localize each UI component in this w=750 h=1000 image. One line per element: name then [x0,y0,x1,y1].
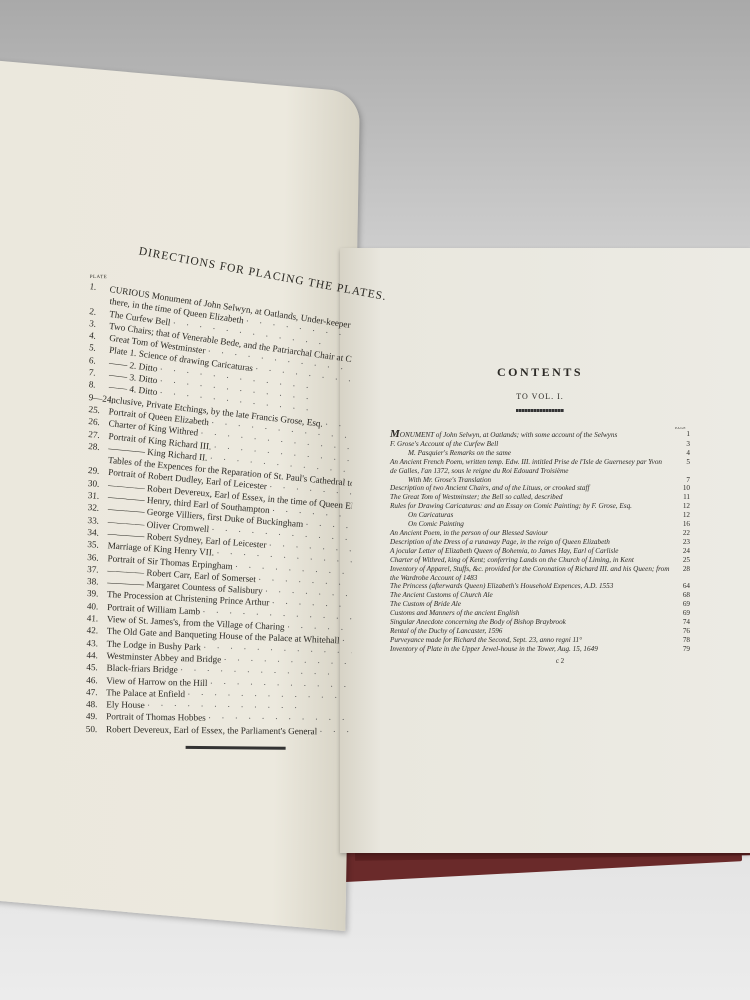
plate-number: 45. [86,661,104,674]
plate-number [88,461,106,463]
plate-number: 44. [86,649,104,662]
entry-page: 25 [674,556,690,565]
entry-page: 64 [674,582,690,591]
entry-title: An Ancient Poem, in the person of our Bl… [390,529,674,538]
contents-entry: On Comic Painting16 [390,520,690,529]
entry-page: 69 [674,609,690,618]
plate-number: 46. [86,673,104,686]
contents-title: CONTENTS [390,365,690,380]
entry-title: Description of two Ancient Chairs, and o… [390,484,674,493]
contents-entry: Singular Anecdote concerning the Body of… [390,618,690,627]
plate-text: The Palace at Enfield [104,687,187,699]
entry-title: On Caricaturas [390,511,674,520]
contents-entry: Description of two Ancient Chairs, and o… [390,484,690,493]
entry-title: An Ancient French Poem, written temp. Ed… [390,458,674,476]
entry-title: On Comic Painting [390,520,674,529]
plate-number: 40. [87,600,106,613]
plate-number: 49. [86,710,104,723]
contents-entry: The Custom of Bride Ale69 [390,600,690,609]
entry-page: 3 [674,440,690,449]
entry-page: 24 [674,547,690,556]
entry-title: F. Grose's Account of the Curfew Bell [390,440,674,449]
entry-title: Purveyance made for Richard the Second, … [390,636,674,645]
entry-page: 22 [674,529,690,538]
entry-title: With Mr. Grose's Translation [390,476,674,485]
entry-title: Singular Anecdote concerning the Body of… [390,618,674,627]
contents-entry: The Princess (afterwards Queen) Elizabet… [390,582,690,591]
contents-entry: The Great Tom of Westminster; the Bell s… [390,493,690,502]
plate-number: 42. [86,624,104,637]
entry-title: Rental of the Duchy of Lancaster, 1596 [390,627,674,636]
entry-title: M. Pasquier's Remarks on the same [390,449,674,458]
plate-number: 35. [87,538,106,551]
entry-page: 11 [674,493,690,502]
entry-title: Description of the Dress of a runaway Pa… [390,538,674,547]
entry-title: Customs and Manners of the ancient Engli… [390,609,674,618]
leader-dots: · · · · · · · · · · · · [319,726,350,738]
contents-entry: A jocular Letter of Elizabeth Queen of B… [390,547,690,556]
entry-title: MONUMENT of John Selwyn, at Oatlands; wi… [390,430,674,440]
plate-number: 43. [86,637,104,650]
contents-section: CONTENTS TO VOL. I. PAGE MONUMENT of Joh… [390,365,690,665]
contents-entry: MONUMENT of John Selwyn, at Oatlands; wi… [390,430,690,440]
entry-page: 76 [674,627,690,636]
plate-list: 1. CURIOUS Monument of John Selwyn, at O… [86,280,355,737]
contents-entry: Inventory of Plate in the Upper Jewel-ho… [390,645,690,654]
entry-title: Inventory of Plate in the Upper Jewel-ho… [390,645,674,654]
entry-page: 4 [674,449,690,458]
entry-page: 16 [674,520,690,529]
contents-entry: F. Grose's Account of the Curfew Bell3 [390,440,690,449]
plate-number: 47. [86,686,104,699]
plate-number: 50. [86,723,104,735]
entry-page: 7 [674,476,690,485]
plate-number: 32. [87,501,106,515]
entry-title: The Princess (afterwards Queen) Elizabet… [390,582,674,591]
entry-page: 23 [674,538,690,547]
entry-page: 74 [674,618,690,627]
plate-number [89,301,107,304]
entry-page: 12 [674,511,690,520]
entry-title: Inventory of Apparel, Stuffs, &c. provid… [390,565,674,583]
entry-page: 12 [674,502,690,511]
contents-entry: The Ancient Customs of Church Ale68 [390,591,690,600]
entry-page: 1 [674,430,690,440]
signature-mark: c 2 [430,657,690,665]
plate-text: Black-friars Bridge [104,663,180,675]
contents-list: MONUMENT of John Selwyn, at Oatlands; wi… [390,430,690,654]
contents-entry: On Caricaturas12 [390,511,690,520]
plates-directions: DIRECTIONS FOR PLACING THE PLATES. PLATE… [86,245,355,750]
leader-dots: · · · · · · · · · · · · [208,713,351,725]
entry-title: A jocular Letter of Elizabeth Queen of B… [390,547,674,556]
entry-page: 78 [674,636,690,645]
contents-entry: An Ancient Poem, in the person of our Bl… [390,529,690,538]
entry-page: 5 [674,458,690,476]
entry-title: Charter of Withred, king of Kent; confer… [390,556,674,565]
contents-entry: M. Pasquier's Remarks on the same4 [390,449,690,458]
contents-entry: With Mr. Grose's Translation7 [390,476,690,485]
entry-page: 28 [674,565,690,583]
entry-title: Rules for Drawing Caricaturas: and an Es… [390,502,674,511]
plate-number: 36. [87,551,106,564]
contents-entry: Purveyance made for Richard the Second, … [390,636,690,645]
contents-entry: Customs and Manners of the ancient Engli… [390,609,690,618]
plate-number: 48. [86,698,104,711]
contents-entry: Description of the Dress of a runaway Pa… [390,538,690,547]
contents-entry: Charter of Withred, king of Kent; confer… [390,556,690,565]
entry-page: 69 [674,600,690,609]
contents-entry: Rules for Drawing Caricaturas: and an Es… [390,502,690,511]
contents-subtitle: TO VOL. I. [390,392,690,401]
plate-item: 50. Robert Devereux, Earl of Essex, the … [86,723,351,738]
entry-page: 68 [674,591,690,600]
plate-text: Robert Devereux, Earl of Essex, the Parl… [104,724,320,736]
contents-entry: An Ancient French Poem, written temp. Ed… [390,458,690,476]
entry-page: 79 [674,645,690,654]
entry-title: The Custom of Bride Ale [390,600,674,609]
entry-title: The Ancient Customs of Church Ale [390,591,674,600]
contents-entry: Rental of the Duchy of Lancaster, 159676 [390,627,690,636]
ornament-rule [516,409,564,412]
entry-page: 10 [674,484,690,493]
contents-entry: Inventory of Apparel, Stuffs, &c. provid… [390,565,690,583]
entry-title: The Great Tom of Westminster; the Bell s… [390,493,674,502]
plate-text: Portrait of Thomas Hobbes [104,712,208,723]
plate-number: 39. [87,587,106,600]
plate-text: Ely House [104,699,147,710]
